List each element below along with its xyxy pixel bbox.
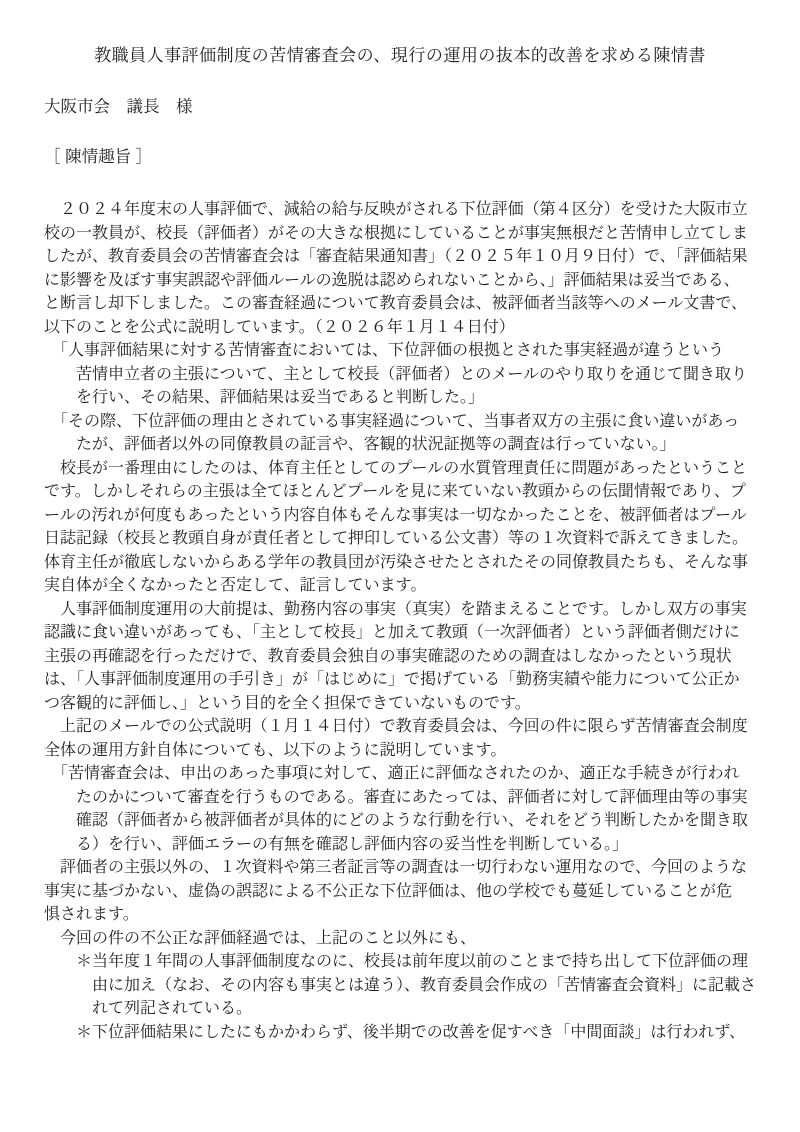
body-text-line: 実自体が全くなかったと否定して、証言しています。 [44, 574, 800, 598]
body-text-line: る）を行い、評価エラーの有無を確認し評価内容の妥当性を判断している。」 [44, 833, 800, 857]
body-text-line: 今回の件の不公正な評価経過では、上記のこと以外にも、 [44, 927, 800, 951]
body-text-line: 苦情申立者の主張について、主として校長（評価者）とのメールのやり取りを通じて聞き… [44, 363, 800, 387]
body-text-line: に影響を及ぼす事実誤認や評価ルールの逸脱は認められないことから、」評価結果は妥当… [44, 269, 800, 293]
body-text-line: 人事評価制度運用の大前提は、勤務内容の事実（真実）を踏まえることです。しかし双方… [44, 598, 800, 622]
body-text-line: 惧されます。 [44, 903, 800, 927]
section-label: ［ 陳情趣旨 ］ [44, 146, 800, 168]
body-text-line: 事実に基づかない、虚偽の誤認による不公正な下位評価は、他の学校でも蔓延しているこ… [44, 880, 800, 904]
body-text-line: 確認（評価者から被評価者が具体的にどのような行動を行い、それをどう判断したかを聞… [44, 809, 800, 833]
body-text-line: 以下のことを公式に説明しています。（２０２６年１月１４日付） [44, 316, 800, 340]
body-text-line: たのかについて審査を行うものである。審査にあたっては、評価者に対して評価理由等の… [44, 786, 800, 810]
body-text-line: ＊当年度１年間の人事評価制度なのに、校長は前年度以前のことまで持ち出して下位評価… [44, 950, 800, 974]
body-text-line: 体育主任が徹底しないからある学年の教員団が汚染させたとされたその同僚教員たちも、… [44, 551, 800, 575]
body-text-line: 校の一教員が、校長（評価者）がその大きな根拠にしていることが事実無根だと苦情申し… [44, 222, 800, 246]
body-text-line: たが、評価者以外の同僚教員の証言や、客観的状況証拠等の調査は行っていない。」 [44, 433, 800, 457]
body-text-line: を行い、その結果、評価結果は妥当であると判断した。」 [44, 386, 800, 410]
body-text-line: ＊下位評価結果にしたにもかかわらず、後半期での改善を促すべき「中間面談」は行われ… [44, 1021, 800, 1045]
body-text-line: 評価者の主張以外の、１次資料や第三者証言等の調査は一切行わない運用なので、今回の… [44, 856, 800, 880]
body-text-line: れて列記されている。 [44, 997, 800, 1021]
body-text-line: 日誌記録（校長と教頭自身が責任者として押印している公文書）等の１次資料で訴えてき… [44, 527, 800, 551]
body-text-line: 認識に食い違いがあっても、「主として校長」と加えて教頭（一次評価者）という評価者… [44, 621, 800, 645]
body-text-line: ２０２４年度末の人事評価で、減給の給与反映がされる下位評価（第４区分）を受けた大… [44, 198, 800, 222]
addressee-line: 大阪市会 議長 様 [44, 96, 800, 118]
body-text-line: 校長が一番理由にしたのは、体育主任としてのプールの水質管理責任に問題があったとい… [44, 457, 800, 481]
petition-document-page: 教職員人事評価制度の苦情審査会の、現行の運用の抜本的改善を求める陳情書 大阪市会… [0, 0, 800, 1132]
body-text-line: 主張の再確認を行っただけで、教育委員会独自の事実確認のための調査はしなかったとい… [44, 645, 800, 669]
body-text-line: 「その際、下位評価の理由とされている事実経過について、当事者双方の主張に食い違い… [44, 410, 800, 434]
body-text-line: 「苦情審査会は、申出のあった事項に対して、適正に評価なされたのか、適正な手続きが… [44, 762, 800, 786]
body-text-line: 「人事評価結果に対する苦情審査においては、下位評価の根拠とされた事実経過が違うと… [44, 339, 800, 363]
body-text-line: と断言し却下しました。この審査経過について教育委員会は、被評価者当該等へのメール… [44, 292, 800, 316]
body-text-line: 全体の運用方針自体についても、以下のように説明しています。 [44, 739, 800, 763]
body-text-line: 上記のメールでの公式説明（１月１４日付）で教育委員会は、今回の件に限らず苦情審査… [44, 715, 800, 739]
body-text-line: つ客観的に評価し、」という目的を全く担保できていないものです。 [44, 692, 800, 716]
body-text-line: です。しかしそれらの主張は全てほとんどプールを見に来ていない教頭からの伝聞情報で… [44, 480, 800, 504]
body-text-line: ールの汚れが何度もあったという内容自体もそんな事実は一切なかったことを、被評価者… [44, 504, 800, 528]
document-title: 教職員人事評価制度の苦情審査会の、現行の運用の抜本的改善を求める陳情書 [0, 0, 800, 67]
body-text-line: したが、教育委員会の苦情審査会は「審査結果通知書」（２０２５年１０月９日付）で、… [44, 245, 800, 269]
body-text-line: は、「人事評価制度運用の手引き」が「はじめに」で掲げている「勤務実績や能力につい… [44, 668, 800, 692]
body-text-line: 由に加え（なお、その内容も事実とは違う）、教育委員会作成の「苦情審査会資料」に記… [44, 974, 800, 998]
document-body: ２０２４年度末の人事評価で、減給の給与反映がされる下位評価（第４区分）を受けた大… [44, 198, 800, 1044]
